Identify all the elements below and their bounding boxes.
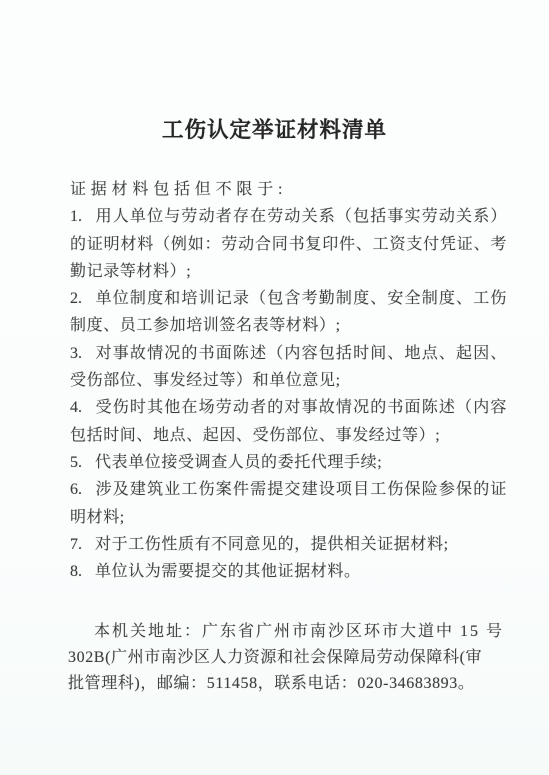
document-body: 证据材料包括但不限于: 1.用人单位与劳动者存在劳动关系（包括事实劳动关系） 的… xyxy=(70,176,507,585)
line-text: 涉及建筑业工伤案件需提交建设项目工伤保险参保的证 xyxy=(95,481,507,498)
list-item-line: 6.涉及建筑业工伤案件需提交建设项目工伤保险参保的证 xyxy=(70,476,507,503)
line-text: 制度、员工参加培训签名表等材料）; xyxy=(70,317,341,334)
line-text: 的证明材料（例如：劳动合同书复印件、工资支付凭证、考 xyxy=(70,236,507,253)
line-text: 对事故情况的书面陈述（内容包括时间、地点、起因、 xyxy=(95,345,507,362)
line-text: 受伤部位、事发经过等）和单位意见; xyxy=(70,372,341,389)
line-text: 单位制度和培训记录（包含考勤制度、安全制度、工伤 xyxy=(95,290,507,307)
item-number: 1. xyxy=(70,203,95,230)
intro-line: 证据材料包括但不限于: xyxy=(70,176,507,203)
list-item-line: 明材料; xyxy=(70,504,507,531)
item-number: 4. xyxy=(70,394,95,421)
address-line: 本机关地址：广东省广州市南沙区环市大道中 15 号 xyxy=(68,619,488,645)
line-text: 受伤时其他在场劳动者的对事故情况的书面陈述（内容 xyxy=(95,399,507,416)
line-text: 勤记录等材料）; xyxy=(70,263,191,280)
list-item-line: 2.单位制度和培训记录（包含考勤制度、安全制度、工伤 xyxy=(70,285,507,312)
list-item-line: 8.单位认为需要提交的其他证据材料。 xyxy=(70,558,507,585)
address-line: 302B(广州市南沙区人力资源和社会保障局劳动保障科(审 xyxy=(68,645,488,671)
address-line: 批管理科)，邮编：511458，联系电话：020-34683893。 xyxy=(68,671,488,697)
document-title: 工伤认定举证材料清单 xyxy=(0,114,549,146)
list-item-line: 3.对事故情况的书面陈述（内容包括时间、地点、起因、 xyxy=(70,340,507,367)
line-text: 代表单位接受调查人员的委托代理手续; xyxy=(95,454,382,471)
list-item-line: 5.代表单位接受调查人员的委托代理手续; xyxy=(70,449,507,476)
contact-address-paragraph: 本机关地址：广东省广州市南沙区环市大道中 15 号 302B(广州市南沙区人力资… xyxy=(68,619,488,697)
list-item-line: 受伤部位、事发经过等）和单位意见; xyxy=(70,367,507,394)
line-text: 单位认为需要提交的其他证据材料。 xyxy=(95,563,361,580)
list-item-line: 勤记录等材料）; xyxy=(70,258,507,285)
list-item-line: 7.对于工伤性质有不同意见的，提供相关证据材料; xyxy=(70,531,507,558)
list-item-line: 包括时间、地点、起因、受伤部位、事发经过等）; xyxy=(70,422,507,449)
list-item-line: 1.用人单位与劳动者存在劳动关系（包括事实劳动关系） xyxy=(70,203,507,230)
item-number: 6. xyxy=(70,476,95,503)
item-number: 7. xyxy=(70,531,95,558)
item-number: 3. xyxy=(70,340,95,367)
list-item-line: 4.受伤时其他在场劳动者的对事故情况的书面陈述（内容 xyxy=(70,394,507,421)
item-number: 8. xyxy=(70,558,95,585)
line-text: 对于工伤性质有不同意见的，提供相关证据材料; xyxy=(95,536,449,553)
line-text: 用人单位与劳动者存在劳动关系（包括事实劳动关系） xyxy=(95,208,507,225)
item-number: 5. xyxy=(70,449,95,476)
line-text: 包括时间、地点、起因、受伤部位、事发经过等）; xyxy=(70,427,440,444)
scanned-document-page: 工伤认定举证材料清单 证据材料包括但不限于: 1.用人单位与劳动者存在劳动关系（… xyxy=(0,0,549,775)
line-text: 明材料; xyxy=(70,509,125,526)
list-item-line: 制度、员工参加培训签名表等材料）; xyxy=(70,312,507,339)
list-item-line: 的证明材料（例如：劳动合同书复印件、工资支付凭证、考 xyxy=(70,231,507,258)
item-number: 2. xyxy=(70,285,95,312)
